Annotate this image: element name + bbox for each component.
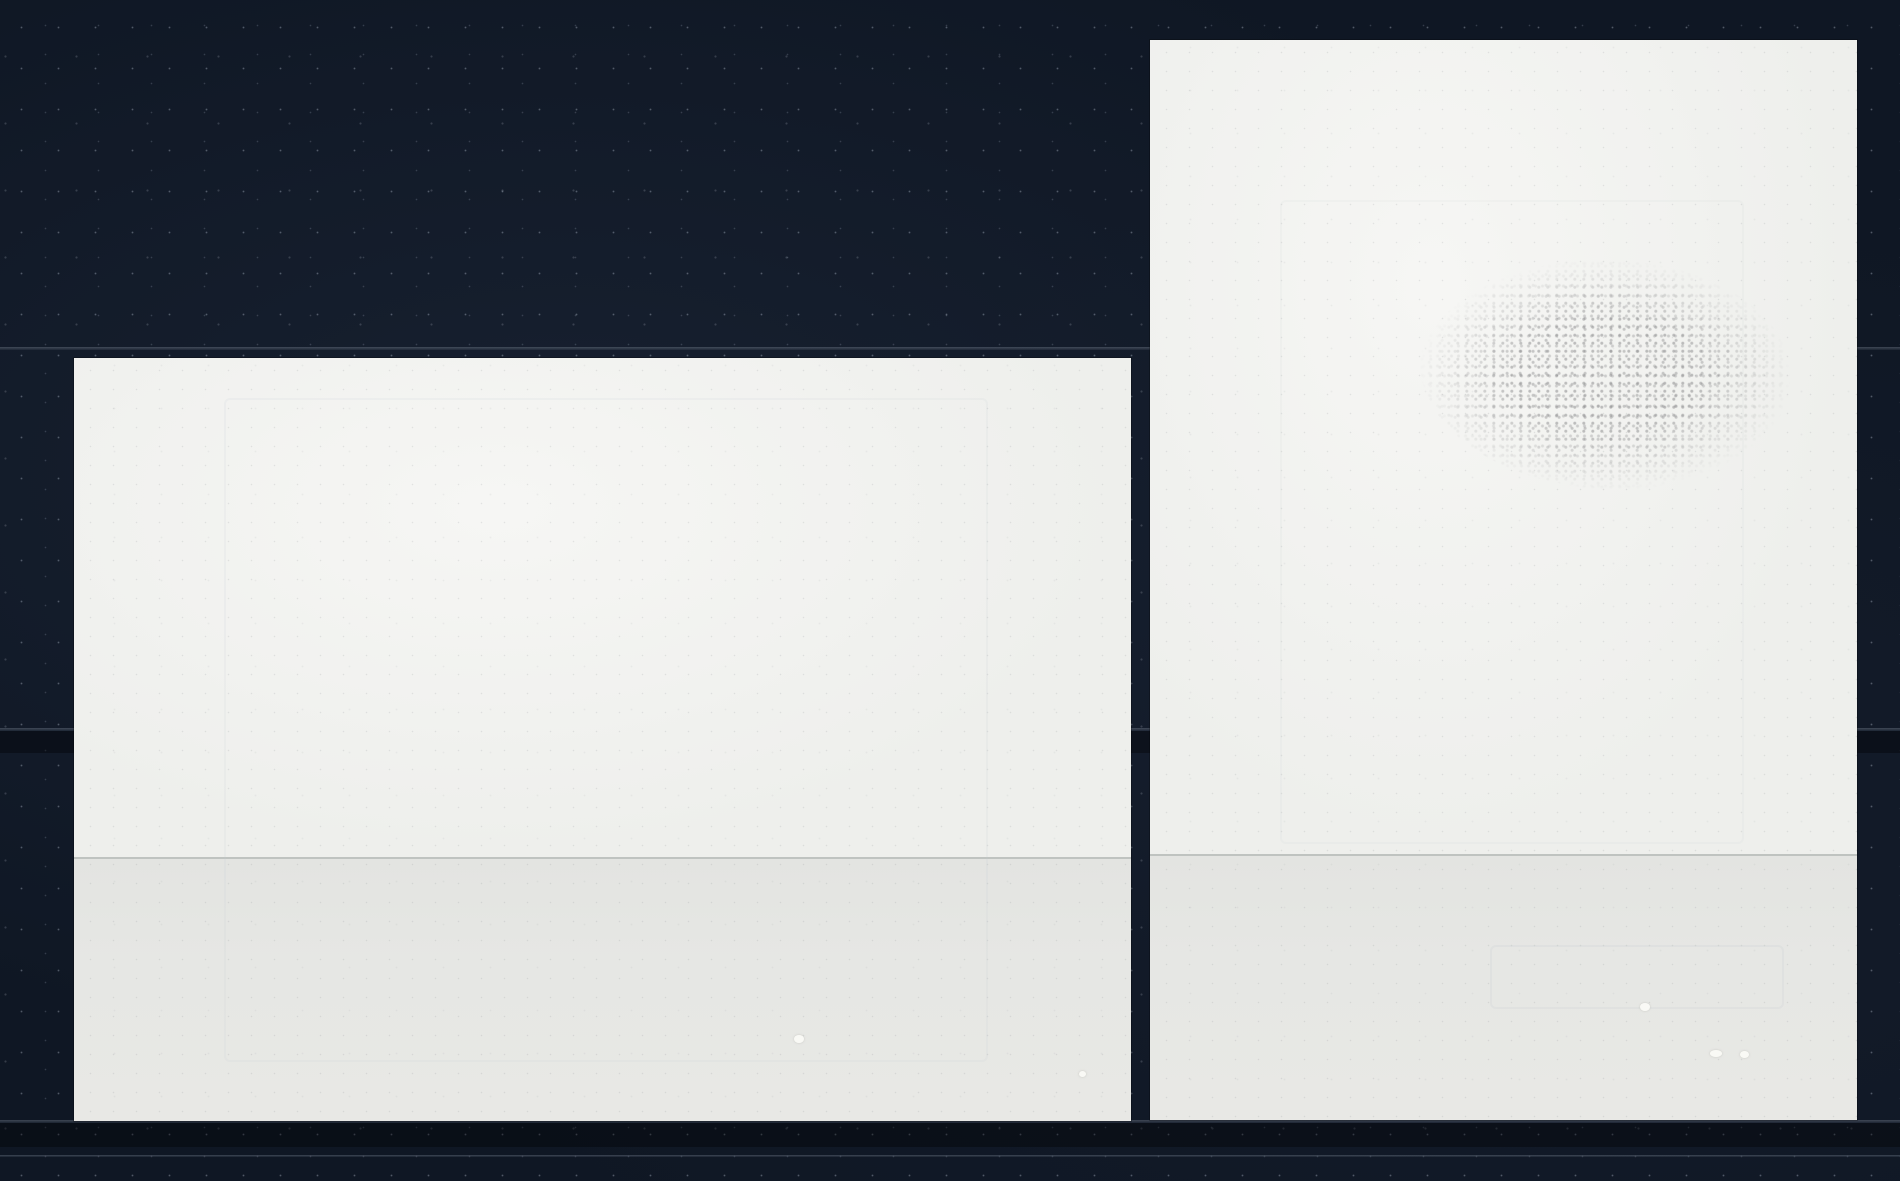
stockbook-strip-shadow (0, 1123, 1900, 1147)
gum-spot (1740, 1051, 1749, 1058)
faint-value-imprint (1490, 945, 1784, 1009)
gum-spot (1079, 1071, 1086, 1077)
stockbook-page (0, 0, 1900, 1181)
gum-spot (794, 1035, 804, 1043)
gum-spot (1710, 1050, 1722, 1057)
stockbook-strip-edge (0, 1155, 1900, 1157)
left-souvenir-sheet (74, 358, 1131, 1121)
right-souvenir-sheet (1150, 40, 1857, 1120)
faint-frame-imprint (224, 398, 988, 1062)
gum-spot (1640, 1003, 1650, 1011)
faint-frame-imprint (1280, 200, 1744, 844)
